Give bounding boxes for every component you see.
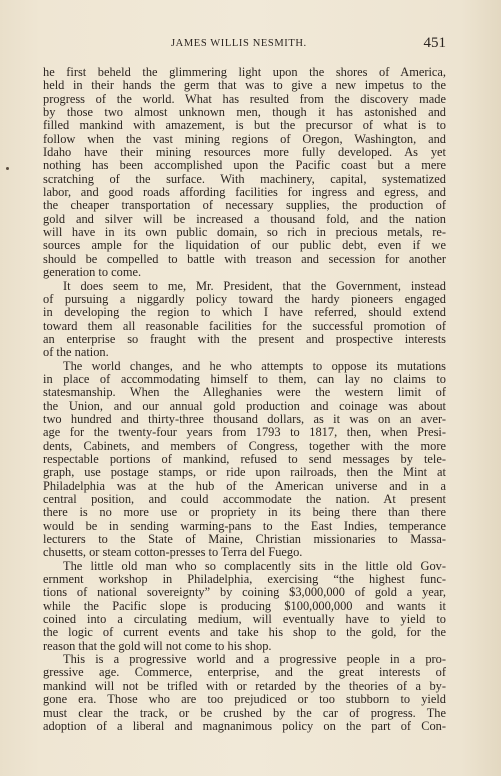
- text-line: he first beheld the glimmering light upo…: [43, 66, 446, 79]
- paragraph: It does seem to me, Mr. President, that …: [43, 280, 446, 360]
- page-number: 451: [424, 35, 447, 52]
- text-line: It does seem to me, Mr. President, that …: [43, 280, 446, 293]
- text-line: chusetts, or steam cotton-presses to Ter…: [43, 546, 446, 559]
- text-line: follow when the vast mining regions of O…: [43, 133, 446, 146]
- text-line: labor, and good roads affording faciliti…: [43, 186, 446, 199]
- text-line: dents, Cabinets, and members of Congress…: [43, 440, 446, 453]
- text-line: by those two almost unknown men, though …: [43, 106, 446, 119]
- text-line: gressive age. Commerce, enterprise, and …: [43, 666, 446, 679]
- text-line: an enterprise so fraught with the presen…: [43, 333, 446, 346]
- paragraph: The world changes, and he who attempts t…: [43, 360, 446, 560]
- running-title: JAMES WILLIS NESMITH.: [171, 38, 307, 49]
- running-head: JAMES WILLIS NESMITH. 451: [43, 35, 446, 53]
- text-line: mankind will not be trifled with or reta…: [43, 680, 446, 693]
- text-line: the Union, and our annual gold productio…: [43, 400, 446, 413]
- paragraph: This is a progressive world and a progre…: [43, 653, 446, 733]
- text-line: tions of national sovereignty” by coinin…: [43, 586, 446, 599]
- text-line: would be in sending warming-pans to the …: [43, 520, 446, 533]
- text-line: graph, use postage stamps, or ride upon …: [43, 466, 446, 479]
- text-line: will have in its own public domain, so r…: [43, 226, 446, 239]
- text-line: The world changes, and he who attempts t…: [43, 360, 446, 373]
- text-line: respectable portions of mankind, refused…: [43, 453, 446, 466]
- text-line: generation to come.: [43, 266, 446, 279]
- text-line: The little old man who so complacently s…: [43, 560, 446, 573]
- text-line: while the Pacific slope is producing $10…: [43, 600, 446, 613]
- text-line: sources ample for the liquidation of our…: [43, 239, 446, 252]
- text-line: This is a progressive world and a progre…: [43, 653, 446, 666]
- text-line: statesmanship. When the Alleghanies were…: [43, 386, 446, 399]
- text-line: of pursuing a niggardly policy toward th…: [43, 293, 446, 306]
- text-line: there is no more use or propriety in its…: [43, 506, 446, 519]
- text-line: nothing has been accomplished upon the P…: [43, 159, 446, 172]
- text-line: coined into a circulating medium, will e…: [43, 613, 446, 626]
- text-line: the logic of current events and take his…: [43, 626, 446, 639]
- text-line: ernment workshop in Philadelphia, exerci…: [43, 573, 446, 586]
- text-line: scratching of the surface. With machiner…: [43, 173, 446, 186]
- text-line: in developing the region to which I have…: [43, 306, 446, 319]
- paragraph: he first beheld the glimmering light upo…: [43, 66, 446, 280]
- text-line: should be compelled to battle with treas…: [43, 253, 446, 266]
- text-line: age for the twenty-four years from 1793 …: [43, 426, 446, 439]
- paragraph: The little old man who so complacently s…: [43, 560, 446, 653]
- text-line: the cheaper transportation of necessary …: [43, 199, 446, 212]
- text-line: central position, and could accommodate …: [43, 493, 446, 506]
- body-text: he first beheld the glimmering light upo…: [43, 66, 446, 733]
- text-line: toward them all reasonable facilities fo…: [43, 320, 446, 333]
- text-line: Philadelphia was at the hub of the Ameri…: [43, 480, 446, 493]
- text-line: reason that the gold will not come to hi…: [43, 640, 446, 653]
- text-line: two hundred and thirty-three thousand do…: [43, 413, 446, 426]
- text-line: gone era. Those who are too prejudiced o…: [43, 693, 446, 706]
- text-line: of the nation.: [43, 346, 446, 359]
- text-line: progress of the world. What has resulted…: [43, 93, 446, 106]
- text-line: gold and silver will be increased a thou…: [43, 213, 446, 226]
- text-line: in place of accommodating himself to the…: [43, 373, 446, 386]
- text-line: adoption of a liberal and magnanimous po…: [43, 720, 446, 733]
- text-line: must clear the track, or be crushed by t…: [43, 707, 446, 720]
- book-page: JAMES WILLIS NESMITH. 451 he first behel…: [0, 0, 501, 776]
- text-line: filled mankind with amazement, is but th…: [43, 119, 446, 132]
- text-line: lecturers to the State of Maine, Christi…: [43, 533, 446, 546]
- text-line: Idaho have their mining resources more f…: [43, 146, 446, 159]
- margin-speck: [6, 167, 9, 170]
- text-line: held in their hands the germ that was to…: [43, 79, 446, 92]
